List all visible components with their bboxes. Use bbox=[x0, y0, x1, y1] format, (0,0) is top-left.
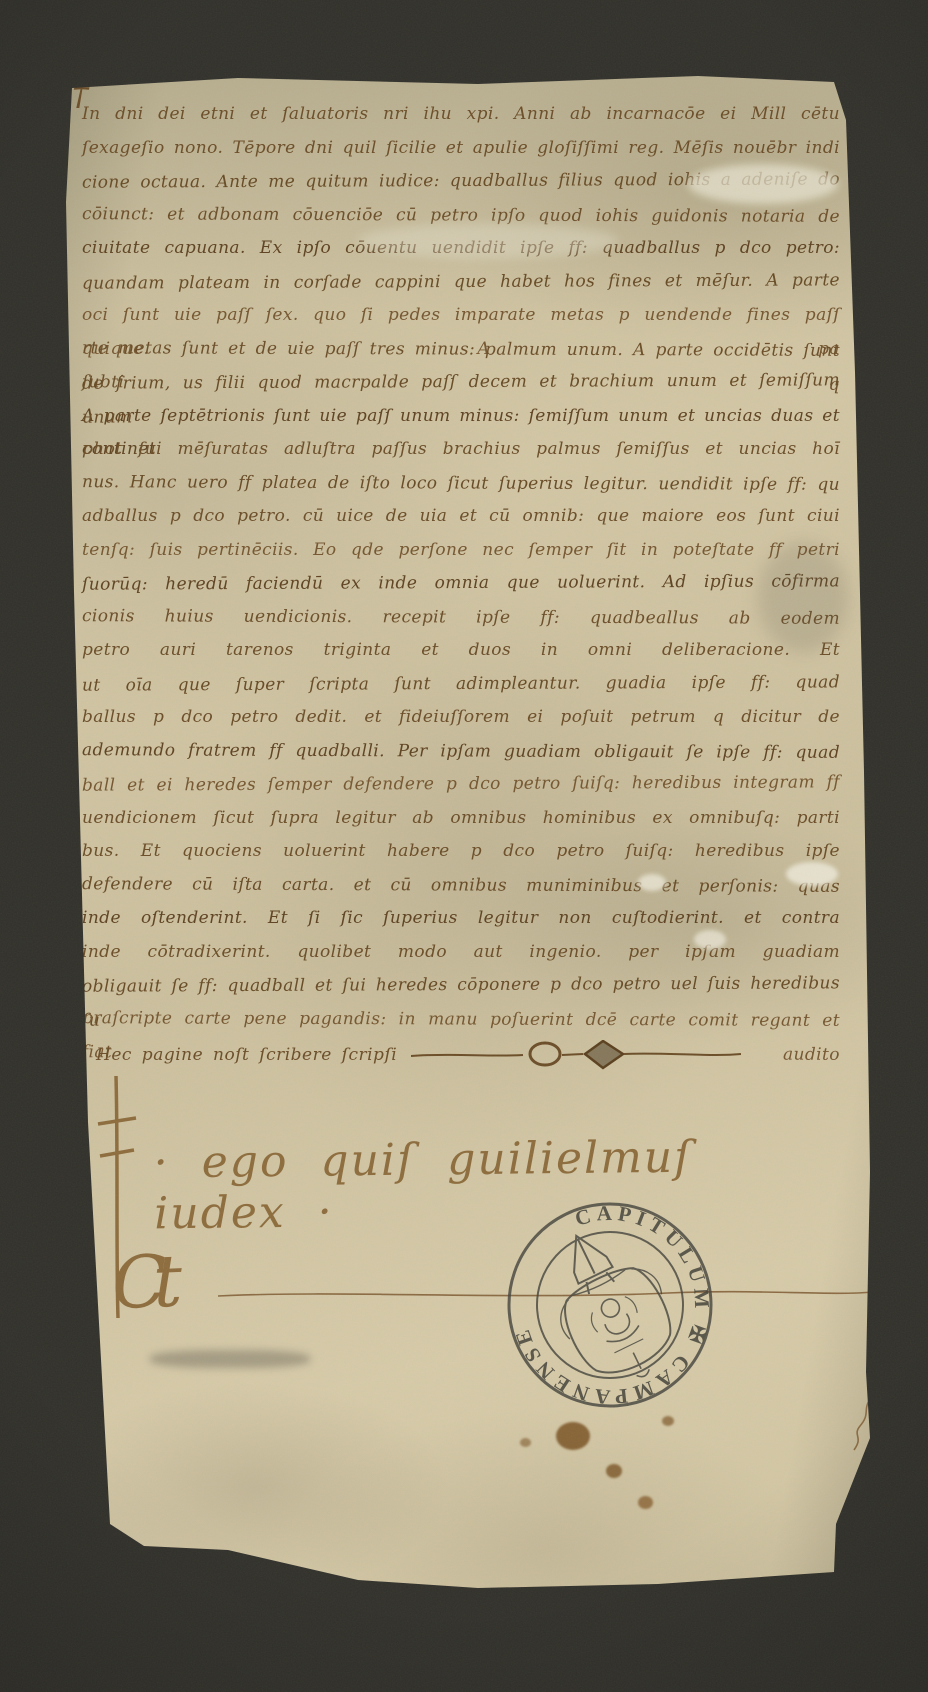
brown-stain bbox=[606, 1464, 622, 1478]
parchment: † In dni dei etni et ſaluatoris nri ihu … bbox=[58, 72, 874, 1594]
manuscript-line: cione octaua. Ante me quitum iudice: qua… bbox=[82, 163, 840, 200]
manuscript-line: de frium, us filii quod macrpalde paſſ d… bbox=[82, 364, 840, 401]
ring-ornament bbox=[530, 1043, 560, 1065]
manuscript-line: praſcripte carte pene pagandis: in manu … bbox=[82, 1002, 840, 1038]
manuscript-line: phot ſui mēſuratas adluſtra paſſus brach… bbox=[82, 433, 840, 467]
manuscript-text-block: In dni dei etni et ſaluatoris nri ihu xp… bbox=[82, 98, 840, 1036]
pen-squiggle bbox=[830, 1392, 876, 1452]
manuscript-line: inde oſtenderint. Et ſi ſic ſuperius leg… bbox=[82, 902, 840, 936]
figure-icon bbox=[585, 1290, 649, 1356]
manuscript-line: ut oīa que ſuper ſcripta ſunt adimpleant… bbox=[82, 666, 840, 703]
manuscript-line: quandam plateam in corſade cappini que h… bbox=[82, 264, 840, 301]
manuscript-line: obligauit ſe ff: quadball et ſui heredes… bbox=[82, 967, 840, 1004]
manuscript-line: ciuitate capuana. Ex ipſo cōuentu uendid… bbox=[82, 232, 840, 266]
manuscript-line: bus. Et quociens uoluerint habere p dco … bbox=[82, 835, 840, 869]
manuscript-line: ſuorūq: heredū faciendū ex inde omnia qu… bbox=[82, 565, 840, 602]
brown-stain bbox=[520, 1438, 531, 1447]
stamp-legend: CAPITULUM ✠ CAMPANENSE bbox=[470, 1166, 749, 1445]
manuscript-line: nus. Hanc uero ff platea de iſto loco ſi… bbox=[82, 466, 840, 502]
brown-stain bbox=[638, 1496, 653, 1509]
notary-mark: Ct bbox=[111, 1239, 170, 1325]
closing-rule bbox=[624, 1054, 741, 1055]
manuscript-line: inde cōtradixerint. quolibet modo aut in… bbox=[82, 936, 840, 970]
manuscript-line: ballus p dco petro dedit. et fideiuſſore… bbox=[82, 701, 840, 735]
manuscript-line: defendere cū iſta carta. et cū omnibus m… bbox=[82, 868, 840, 904]
closing-line: Hec pagine noſt ſcribere ſcripſi bbox=[96, 1040, 836, 1070]
closing-rule bbox=[411, 1055, 523, 1056]
closing-ornament bbox=[411, 1040, 741, 1070]
manuscript-line: petro auri tarenos triginta et duos in o… bbox=[82, 634, 840, 668]
manuscript-line: ball et ei heredes ſemper defendere p dc… bbox=[82, 766, 840, 803]
notary-stamp: CAPITULUM ✠ CAMPANENSE bbox=[495, 1190, 725, 1420]
mitre-icon bbox=[559, 1227, 619, 1296]
manuscript-line: uendicionem ſicut ſupra legitur ab omnib… bbox=[82, 802, 840, 836]
manuscript-line: A parte ſeptētrionis ſunt uie paſſ unum … bbox=[82, 400, 840, 434]
manuscript-line: adballus p dco petro. cū uice de uia et … bbox=[82, 500, 840, 534]
brown-stain bbox=[556, 1422, 590, 1450]
lozenge-ornament bbox=[585, 1041, 623, 1068]
photo-background: { "scene": { "background_color": "#31302… bbox=[0, 0, 928, 1692]
manuscript-line: cōiunct: et adbonam cōuenciōe cū petro i… bbox=[82, 198, 840, 234]
manuscript-line: cionis huius uendicionis. recepit ipſe f… bbox=[82, 600, 840, 636]
manuscript-line: ſexageſio nono. Tēpore dni quil ſicilie … bbox=[82, 132, 840, 166]
manuscript-line: tenſq: ſuis pertinēciis. Eo qde perſone … bbox=[82, 534, 840, 568]
manuscript-line: In dni dei etni et ſaluatoris nri ihu xp… bbox=[82, 98, 840, 132]
manuscript-line: rte metas ſunt et de uie paſſ tres minus… bbox=[82, 332, 840, 368]
manuscript-line: ademundo fratrem ff quadballi. Per ipſam… bbox=[82, 734, 840, 770]
ink-smudge bbox=[150, 1350, 310, 1368]
closing-text: Hec pagine noſt ſcribere ſcripſi bbox=[96, 1045, 397, 1065]
manuscript-line: oci ſunt uie paſſ ſex. quo ſi pedes impa… bbox=[82, 299, 840, 333]
